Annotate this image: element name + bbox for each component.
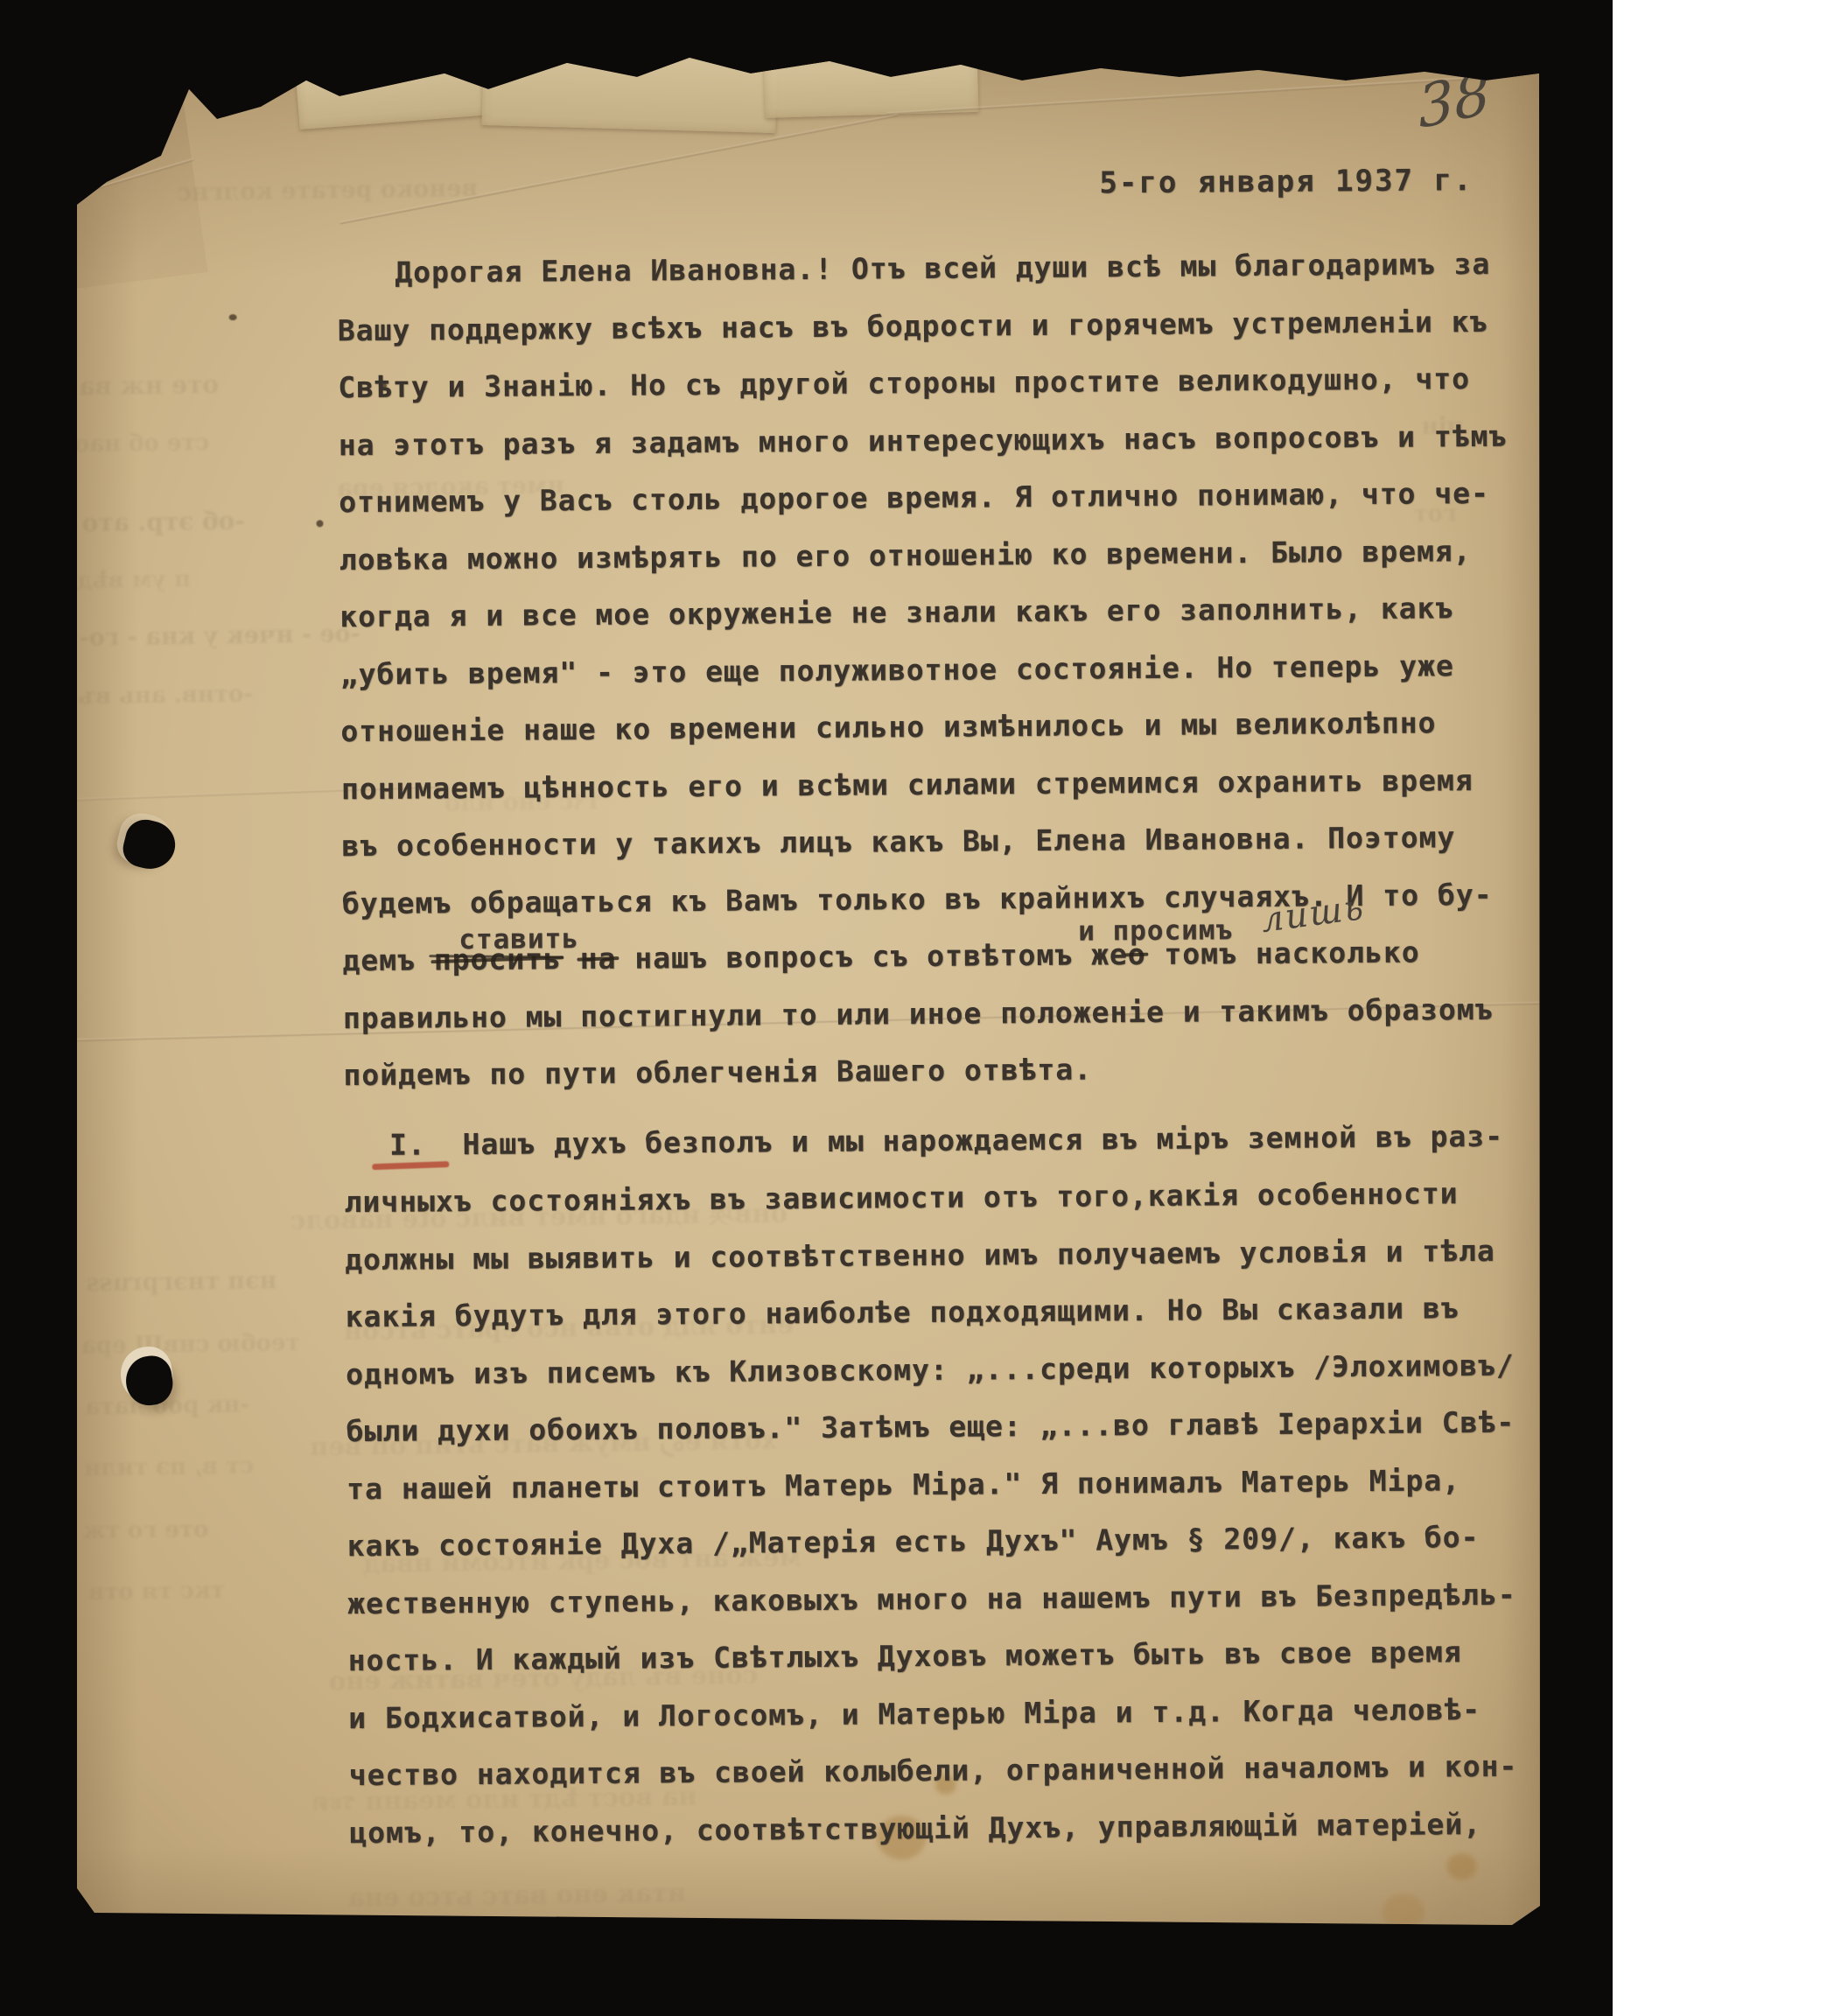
typed-line: ность. И каждый изъ Свѣтлыхъ Духовъ може… — [347, 1622, 1599, 1690]
typed-text: нашъ вопросъ съ отвѣтомъ же — [616, 937, 1128, 976]
typed-line: личныхъ состояніяхъ въ зависимости отъ т… — [344, 1164, 1595, 1231]
typed-line: правильно мы постигнули то или иное поло… — [343, 979, 1594, 1046]
tape-piece — [295, 52, 490, 129]
typed-line: будемъ обращаться къ Вамъ только въ край… — [342, 864, 1593, 932]
bleedthrough-fragment: оте го тж — [82, 1516, 208, 1544]
typed-line: ловѣка можно измѣрять по его отношенію к… — [339, 521, 1591, 588]
bleedthrough-fragment: итак ено ватс ьтсо ена — [348, 1878, 687, 1913]
corrections-layer: ставитьи просимълишь — [71, 45, 1534, 56]
typed-text: демъ — [342, 942, 434, 977]
bleedthrough-fragment: нэп тнэгрruss — [86, 1267, 276, 1297]
typed-line: I. Нашъ духъ безполъ и мы нарождаемся въ… — [344, 1106, 1595, 1173]
stain — [1382, 1894, 1424, 1929]
typed-line: одномъ изъ писемъ къ Клизовскому: „...ср… — [346, 1335, 1597, 1403]
typed-line: какія будутъ для этого наиболѣе подходящ… — [345, 1278, 1596, 1346]
typed-line: Дорогая Елена Ивановна.! Отъ всей души в… — [337, 234, 1588, 302]
page-content: оте нж васте об нао-об этр. атоп ум вѣд-… — [71, 45, 1549, 1930]
bleedthrough-fragment: ткс тя отв — [88, 1578, 225, 1606]
bleedthrough-fragment: сте об нао — [74, 430, 210, 458]
typed-line: какъ состояніе Духа /„Матерія есть Духъ"… — [346, 1508, 1598, 1575]
tape-piece — [481, 46, 777, 133]
typed-line: были духи обоихъ половъ." Затѣмъ еще: „.… — [346, 1393, 1597, 1460]
typed-line: понимаемъ цѣнность его и всѣми силами ст… — [341, 750, 1592, 817]
bleedthrough-fragment: -отнв. ань въ — [78, 681, 253, 710]
typed-line: и Бодхисатвой, и Логосомъ, и Матерью Мір… — [348, 1679, 1599, 1746]
handwritten-page-number: 38 — [1416, 59, 1493, 143]
bleedthrough-fragment: веноко ретате колгнс — [177, 175, 478, 206]
ink-speck — [316, 520, 323, 527]
struck-out-word: на — [580, 941, 617, 976]
bleedthrough-fragment: -ое - нчек у кна - го- — [79, 620, 360, 652]
bleedthrough-fragment: п ум вѣд — [77, 566, 191, 594]
typed-line: та нашей планеты стоитъ Матерь Міра." Я … — [346, 1450, 1598, 1517]
bleedthrough-fragment: -об этр. ато — [81, 506, 245, 537]
typed-line: Вашу поддержку всѣхъ насъ въ бодрости и … — [338, 291, 1589, 359]
typed-line: въ особенности у такихъ лицъ какъ Вы, Ел… — [341, 808, 1592, 875]
typed-line: цомъ, то, конечно, соотвѣтствующій Духъ,… — [349, 1794, 1600, 1861]
typed-line: отнимемъ у Васъ столь дорогое время. Я о… — [339, 464, 1590, 531]
scanner-black-background: оте нж васте об нао-об этр. атоп ум вѣд-… — [0, 0, 1613, 2016]
typed-line: „убить время" - это еще полуживотное сос… — [340, 635, 1592, 703]
typed-line: на этотъ разъ я задамъ много интересующи… — [339, 406, 1590, 473]
typed-line: Свѣту и Знанію. Но съ другой стороны про… — [338, 349, 1589, 416]
ink-speck — [229, 314, 237, 320]
typed-insert-word: и просимъ — [1078, 914, 1233, 947]
bleedthrough-fragment: теобю снвШ ера — [81, 1330, 300, 1360]
typed-line: жественную ступень, каковыхъ много на на… — [347, 1564, 1599, 1632]
bleedthrough-fragment: ст в, пэ тили — [84, 1452, 255, 1481]
typed-line: когда я и все мое окруженіе не знали как… — [339, 578, 1591, 646]
typed-line: отношеніе наше ко времени сильно измѣнил… — [340, 693, 1592, 760]
typed-line: должны мы выявить и соотвѣтственно имъ п… — [345, 1221, 1596, 1288]
stain — [1446, 1853, 1476, 1879]
paper-crease — [339, 114, 899, 224]
bleedthrough-fragment: оте нж ва — [79, 370, 219, 401]
date-line: 5-го января 1937 г. — [1099, 163, 1473, 200]
typed-insert-word: ставить — [458, 923, 579, 955]
typed-line: чество находится въ своей колыбели, огра… — [348, 1737, 1599, 1804]
folded-corner — [70, 87, 220, 289]
bleedthrough-fragment: -нк роб лата — [85, 1391, 249, 1420]
typed-line: пойдемъ по пути облегченія Вашего отвѣта… — [343, 1037, 1594, 1104]
letter-page: оте нж васте об нао-об этр. атоп ум вѣд-… — [77, 51, 1540, 1925]
letter-body: Дорогая Елена Ивановна.! Отъ всей души в… — [337, 234, 1600, 1861]
